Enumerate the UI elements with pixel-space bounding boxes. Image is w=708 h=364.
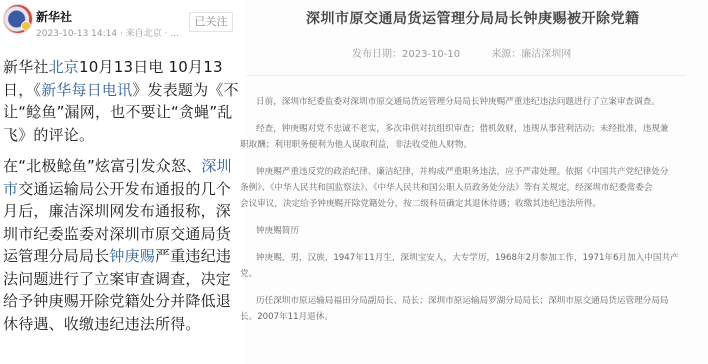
article-paragraph: 钟庚赐严重违反党的政治纪律、廉洁纪律，并构成严重职务违法，应予严肃处理。依据《中… — [246, 164, 686, 212]
article-line: 会议审议，决定给予钟庚赐开除党籍处分，按二级科员确定其退休待遇；收缴其违纪违法所… — [240, 196, 686, 212]
article-paragraph: 钟庚赐，男，汉族，1947年11月生，深圳宝安人，大专学历，1968年2月参加工… — [246, 250, 686, 282]
post-text: 《 — [33, 81, 41, 99]
topic-link[interactable]: 钟庚赐 — [109, 247, 155, 265]
post-meta: 2023-10-13 14:14 · 来自北京 · ... — [36, 26, 179, 39]
divider — [246, 75, 686, 76]
article-line: 日前，深圳市纪委监委对深圳市原交通局货运管理分局局长钟庚赐严重违纪违法问题进行了… — [246, 94, 686, 110]
article-paragraph: 日前，深圳市纪委监委对深圳市原交通局货运管理分局局长钟庚赐严重违纪违法问题进行了… — [246, 94, 686, 110]
article-paragraph: 经查，钟庚赐对党不忠诚不老实，多次串供对抗组织审查；借机敛财，违规从事营利活动；… — [246, 121, 686, 153]
article-line: 党。 — [240, 266, 686, 282]
post-body: 新华社北京10月13日电 10月13日，《新华每日电讯》发表题为《不让“鲶鱼”漏… — [3, 56, 243, 344]
article-line: 钟庚赐严重违反党的政治纪律、廉洁纪律，并构成严重职务违法，应予严肃处理。依据《中… — [246, 164, 686, 180]
verified-badge-icon — [21, 21, 31, 31]
post-header: 新华社 2023-10-13 14:14 · 来自北京 · ... 已关注 — [0, 0, 246, 46]
article-line: 钟庚赐简历 — [246, 223, 686, 239]
publish-date: 发布日期：2023-10-10 — [352, 49, 460, 60]
avatar[interactable] — [3, 4, 33, 34]
post-text: 在“北极鲶鱼”炫富引发众怒、 — [3, 157, 201, 175]
article-line: 长。2007年11月退休。 — [240, 309, 686, 325]
article-screenshot: 深圳市原交通局货运管理分局局长钟庚赐被开除党籍 发布日期：2023-10-10 … — [246, 0, 708, 364]
post-text: 新华社 — [3, 58, 49, 76]
article-meta: 发布日期：2023-10-10 来源：廉洁深圳网 — [352, 45, 571, 60]
follow-button[interactable]: 已关注 — [189, 12, 233, 32]
article-line: 职取酬；利用职务便利为他人谋取利益，非法收受他人财物。 — [240, 137, 686, 153]
article-source: 来源：廉洁深圳网 — [491, 49, 571, 60]
article-line: 经查，钟庚赐对党不忠诚不老实，多次串供对抗组织审查；借机敛财，违规从事营利活动；… — [246, 121, 686, 137]
article-line: 条例》、《中华人民共和国监察法》、《中华人民共和国公职人员政务处分法》等有关规定… — [240, 180, 686, 196]
article-line: 历任深圳市原运输局福田分局副局长、局长；深圳市原运输局罗湖分局局长；深圳市原交通… — [246, 293, 686, 309]
article-title: 深圳市原交通局货运管理分局局长钟庚赐被开除党籍 — [306, 8, 646, 28]
author-name[interactable]: 新华社 — [36, 8, 72, 25]
post-paragraph-1: 新华社北京10月13日电 10月13日，《新华每日电讯》发表题为《不让“鲶鱼”漏… — [3, 56, 243, 146]
weibo-post: 新华社 2023-10-13 14:14 · 来自北京 · ... 已关注 新华… — [0, 0, 246, 364]
article-paragraph: 历任深圳市原运输局福田分局副局长、局长；深圳市原运输局罗湖分局局长；深圳市原交通… — [246, 293, 686, 325]
article-body: 日前，深圳市纪委监委对深圳市原交通局货运管理分局局长钟庚赐严重违纪违法问题进行了… — [246, 94, 686, 336]
post-paragraph-2: 在“北极鲶鱼”炫富引发众怒、深圳市交通运输局公开发布通报的几个月后，廉洁深圳网发… — [3, 155, 243, 335]
article-paragraph: 钟庚赐简历 — [246, 223, 686, 239]
article-line: 钟庚赐，男，汉族，1947年11月生，深圳宝安人，大专学历，1968年2月参加工… — [246, 250, 686, 266]
topic-link[interactable]: 新华每日电讯 — [41, 81, 132, 99]
topic-link[interactable]: 北京 — [49, 58, 79, 76]
